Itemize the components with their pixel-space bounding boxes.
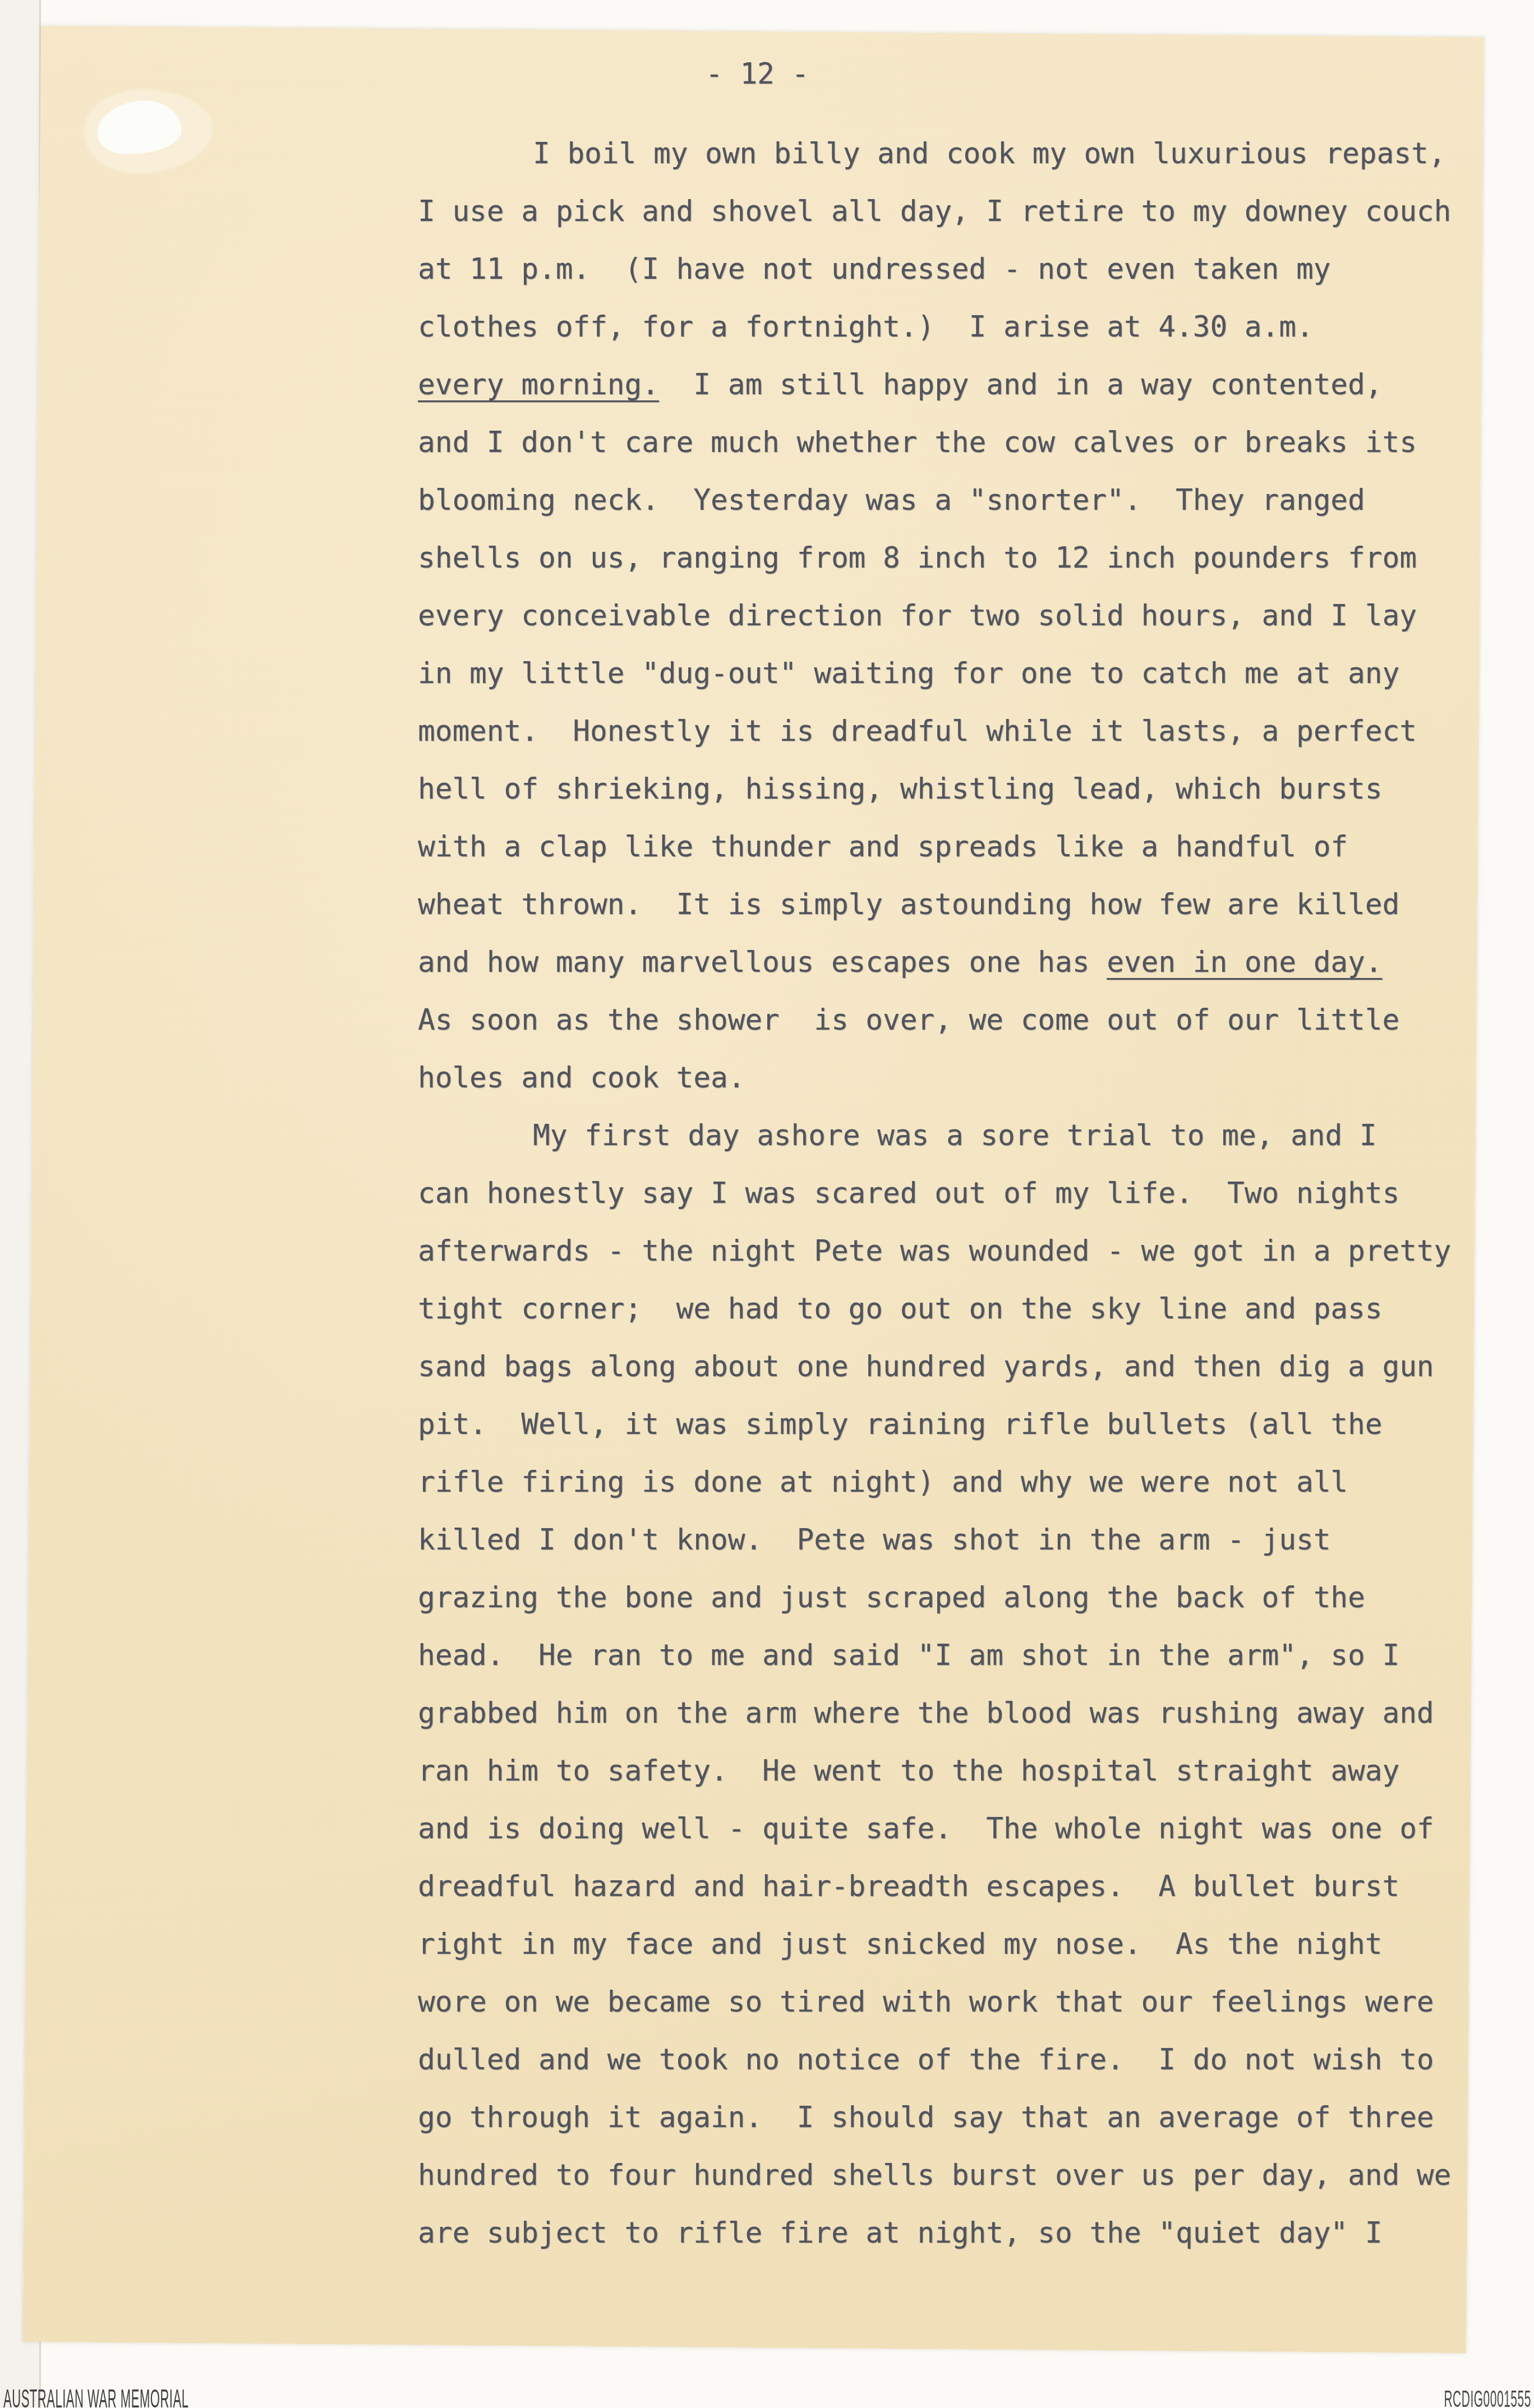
text-segment: can honestly say I was scared out of my … <box>418 1177 1399 1210</box>
text-line: rifle firing is done at night) and why w… <box>418 1454 1484 1511</box>
text-segment: holes and cook tea. <box>418 1062 745 1095</box>
text-segment: moment. Honestly it is dreadful while it… <box>418 715 1417 748</box>
text-line: wheat thrown. It is simply astounding ho… <box>418 876 1484 934</box>
text-line: As soon as the shower is over, we come o… <box>418 991 1484 1049</box>
text-segment: wheat thrown. It is simply astounding ho… <box>418 888 1399 921</box>
page-number: - 12 - <box>706 45 809 103</box>
text-segment: afterwards - the night Pete was wounded … <box>418 1235 1451 1268</box>
text-line: I boil my own billy and cook my own luxu… <box>418 125 1484 183</box>
text-segment: wore on we became so tired with work tha… <box>418 1986 1434 2019</box>
text-segment: grabbed him on the arm where the blood w… <box>418 1697 1434 1730</box>
text-line: dreadful hazard and hair-breadth escapes… <box>418 1858 1484 1916</box>
text-segment: shells on us, ranging from 8 inch to 12 … <box>418 542 1417 575</box>
text-segment: dreadful hazard and hair-breadth escapes… <box>418 1870 1399 1903</box>
text-line: clothes off, for a fortnight.) I arise a… <box>418 298 1484 356</box>
text-line: grabbed him on the arm where the blood w… <box>418 1685 1484 1742</box>
underlined-text: every morning. <box>418 368 659 402</box>
text-line: holes and cook tea. <box>418 1049 1484 1107</box>
text-line: head. He ran to me and said "I am shot i… <box>418 1627 1484 1685</box>
text-line: go through it again. I should say that a… <box>418 2089 1484 2147</box>
scanned-document-page: { "document": { "page_number": "- 12 -",… <box>0 0 1534 2408</box>
text-line: I use a pick and shovel all day, I retir… <box>418 183 1484 241</box>
text-segment: and I don't care much whether the cow ca… <box>418 426 1417 459</box>
text-line: and how many marvellous escapes one has … <box>418 934 1484 991</box>
text-segment: at 11 p.m. (I have not undressed - not e… <box>418 253 1330 286</box>
text-line: moment. Honestly it is dreadful while it… <box>418 703 1484 760</box>
text-segment: killed I don't know. Pete was shot in th… <box>418 1524 1330 1557</box>
text-line: every morning. I am still happy and in a… <box>418 356 1484 414</box>
text-line: hundred to four hundred shells burst ove… <box>418 2147 1484 2204</box>
text-segment: blooming neck. Yesterday was a "snorter"… <box>418 484 1365 517</box>
text-segment: I boil my own billy and cook my own luxu… <box>533 137 1445 170</box>
archive-name-label: AUSTRALIAN WAR MEMORIAL <box>3 2386 188 2408</box>
text-line: shells on us, ranging from 8 inch to 12 … <box>418 529 1484 587</box>
text-line: with a clap like thunder and spreads lik… <box>418 818 1484 876</box>
text-segment: sand bags along about one hundred yards,… <box>418 1350 1434 1383</box>
text-line: dulled and we took no notice of the fire… <box>418 2031 1484 2089</box>
text-line: ran him to safety. He went to the hospit… <box>418 1742 1484 1800</box>
text-line: tight corner; we had to go out on the sk… <box>418 1280 1484 1338</box>
text-line: and I don't care much whether the cow ca… <box>418 414 1484 472</box>
text-line: can honestly say I was scared out of my … <box>418 1165 1484 1223</box>
text-segment: clothes off, for a fortnight.) I arise a… <box>418 311 1314 344</box>
text-segment: and how many marvellous escapes one has <box>418 946 1107 979</box>
text-segment: pit. Well, it was simply raining rifle b… <box>418 1408 1382 1441</box>
text-segment: My first day ashore was a sore trial to … <box>533 1119 1377 1152</box>
typewritten-text: I boil my own billy and cook my own luxu… <box>418 125 1484 2262</box>
text-line: blooming neck. Yesterday was a "snorter"… <box>418 472 1484 529</box>
text-segment: grazing the bone and just scraped along … <box>418 1581 1365 1614</box>
text-line: and is doing well - quite safe. The whol… <box>418 1800 1484 1858</box>
text-segment: are subject to rifle fire at night, so t… <box>418 2217 1382 2250</box>
text-segment: right in my face and just snicked my nos… <box>418 1928 1382 1961</box>
text-line: pit. Well, it was simply raining rifle b… <box>418 1396 1484 1454</box>
text-segment: dulled and we took no notice of the fire… <box>418 2043 1434 2077</box>
text-line: killed I don't know. Pete was shot in th… <box>418 1511 1484 1569</box>
text-line: afterwards - the night Pete was wounded … <box>418 1223 1484 1280</box>
text-segment: in my little "dug-out" waiting for one t… <box>418 657 1399 690</box>
text-line: are subject to rifle fire at night, so t… <box>418 2204 1484 2262</box>
text-line: at 11 p.m. (I have not undressed - not e… <box>418 241 1484 298</box>
text-segment: tight corner; we had to go out on the sk… <box>418 1293 1382 1326</box>
text-line: My first day ashore was a sore trial to … <box>418 1107 1484 1165</box>
reference-id-label: RCDIG0001555 <box>1444 2387 1531 2408</box>
text-line: every conceivable direction for two soli… <box>418 587 1484 645</box>
text-line: hell of shrieking, hissing, whistling le… <box>418 760 1484 818</box>
text-segment: with a clap like thunder and spreads lik… <box>418 831 1348 864</box>
text-segment: As soon as the shower is over, we come o… <box>418 1004 1399 1037</box>
text-line: wore on we became so tired with work tha… <box>418 1973 1484 2031</box>
text-segment: rifle firing is done at night) and why w… <box>418 1466 1348 1499</box>
text-segment: every conceivable direction for two soli… <box>418 599 1417 633</box>
text-segment: and is doing well - quite safe. The whol… <box>418 1812 1434 1846</box>
text-segment: I am still happy and in a way contented, <box>659 368 1383 402</box>
text-line: grazing the bone and just scraped along … <box>418 1569 1484 1627</box>
underlined-text: even in one day. <box>1107 946 1382 979</box>
text-line: in my little "dug-out" waiting for one t… <box>418 645 1484 703</box>
text-line: right in my face and just snicked my nos… <box>418 1916 1484 1973</box>
text-segment: hell of shrieking, hissing, whistling le… <box>418 773 1382 806</box>
text-segment: head. He ran to me and said "I am shot i… <box>418 1639 1399 1672</box>
text-segment: go through it again. I should say that a… <box>418 2101 1434 2134</box>
text-line: sand bags along about one hundred yards,… <box>418 1338 1484 1396</box>
text-segment: I use a pick and shovel all day, I retir… <box>418 195 1451 228</box>
text-segment: ran him to safety. He went to the hospit… <box>418 1755 1399 1788</box>
text-segment: hundred to four hundred shells burst ove… <box>418 2159 1451 2192</box>
